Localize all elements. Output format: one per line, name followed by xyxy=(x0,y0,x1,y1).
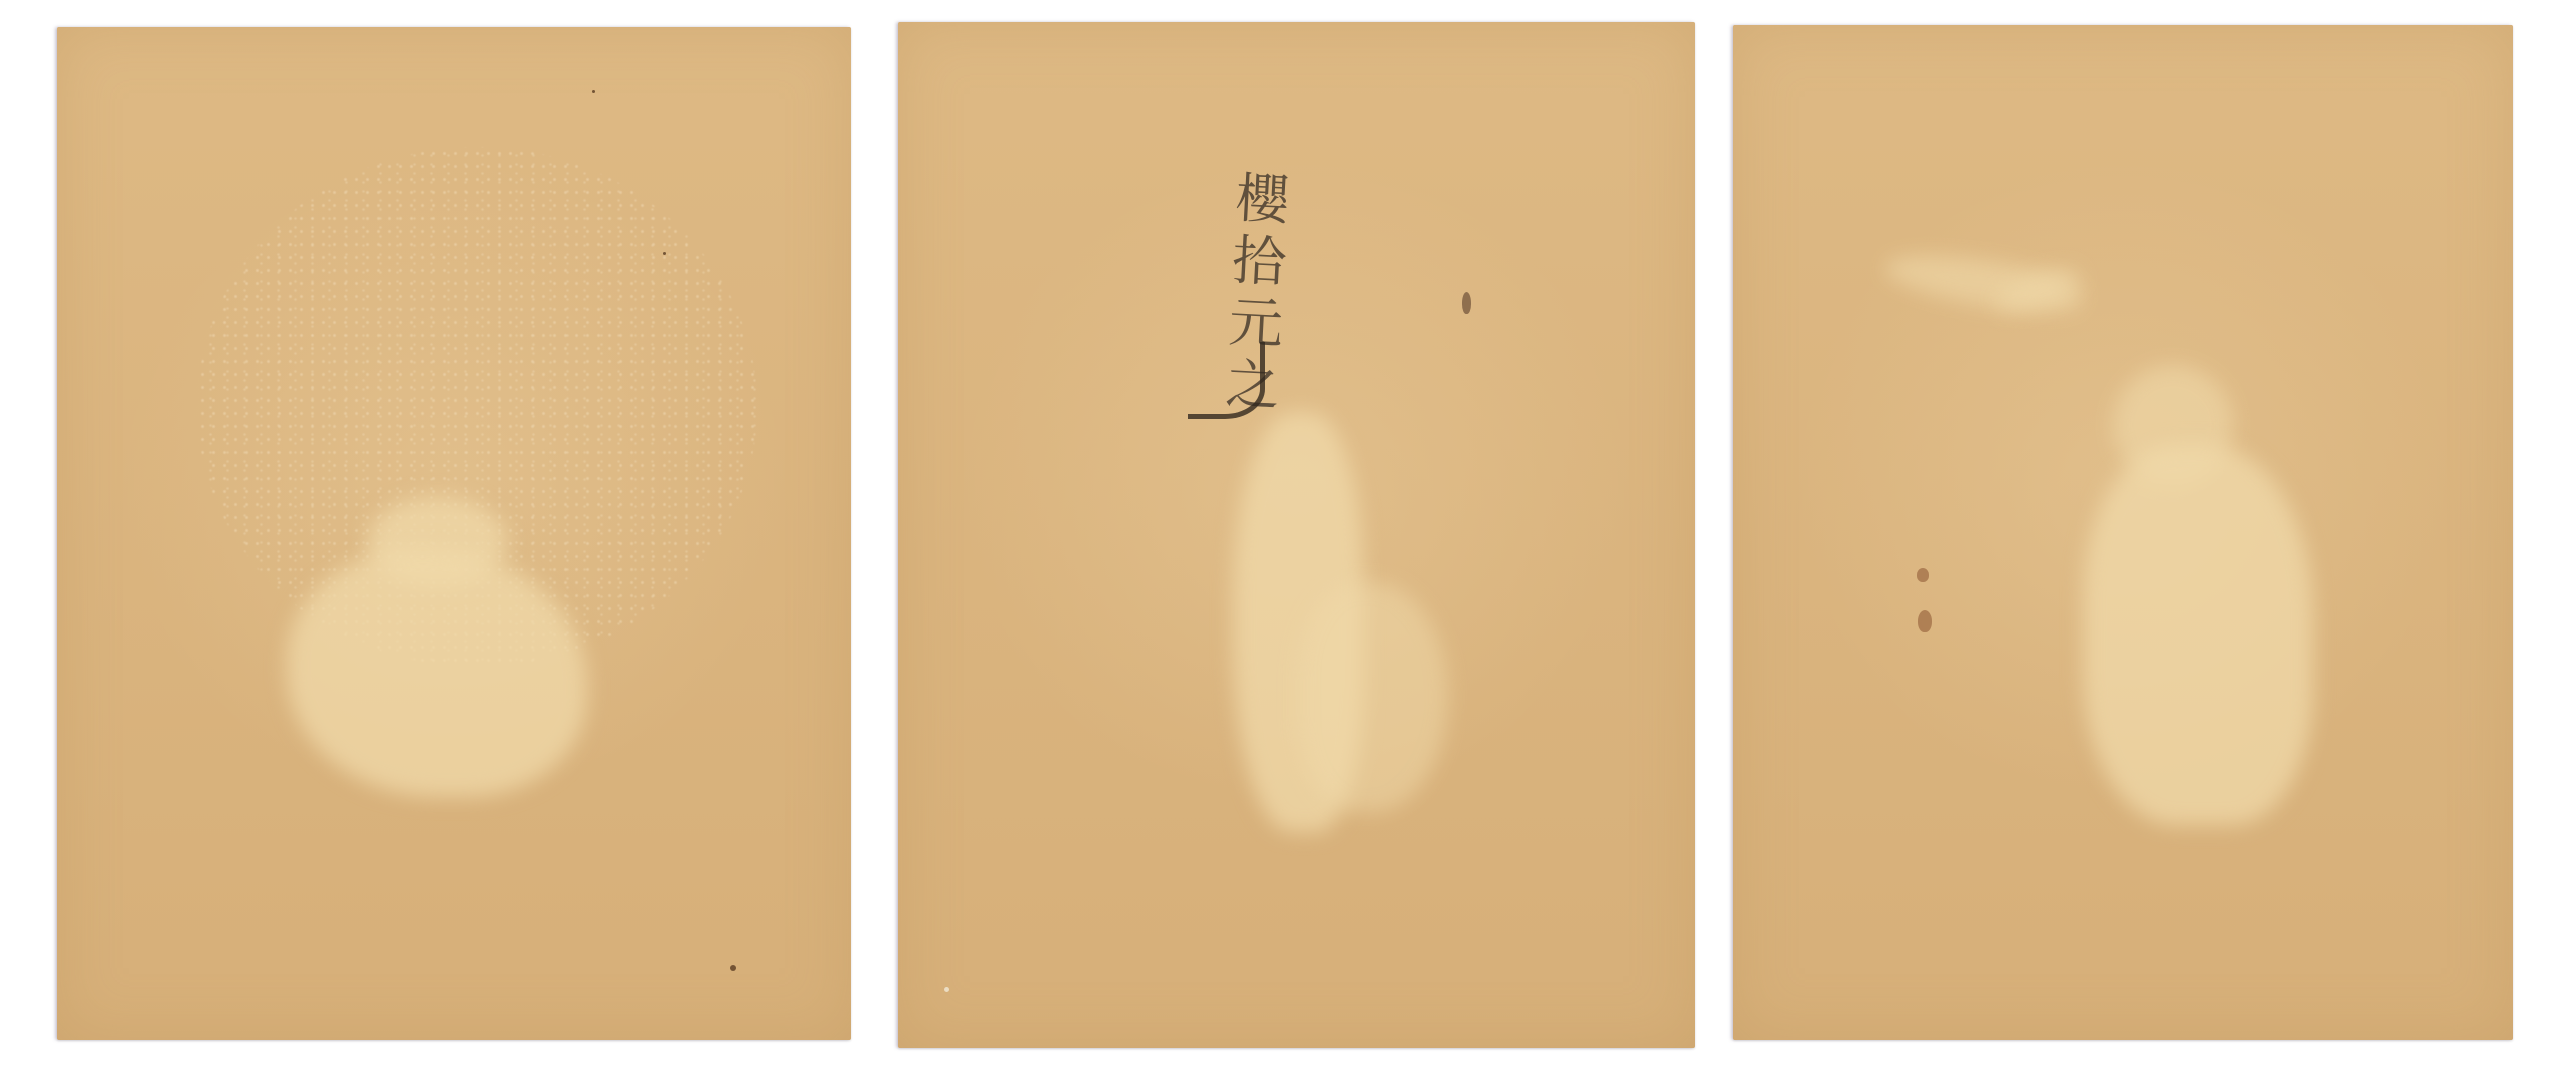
paper-panel-right xyxy=(1733,25,2513,1040)
paper-panel-middle: 櫻拾元之 xyxy=(898,22,1695,1048)
paper-edge-shade xyxy=(898,22,1695,1048)
paper-edge-shade xyxy=(1733,25,2513,1040)
paper-panel-left xyxy=(57,27,851,1040)
paper-edge-shade xyxy=(57,27,851,1040)
